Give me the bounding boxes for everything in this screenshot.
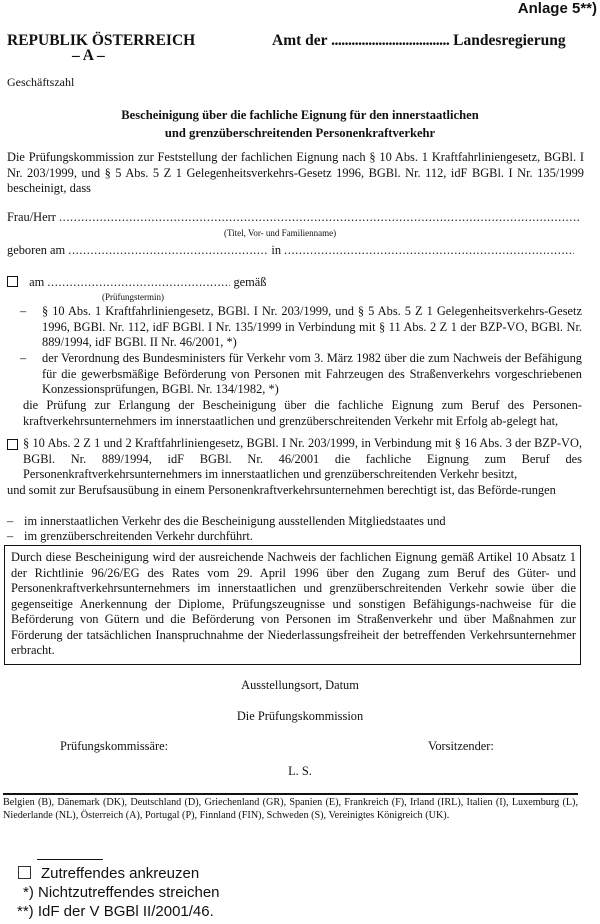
- place-date-label: Ausstellungsort, Datum: [0, 678, 600, 693]
- office-suffix: Landesregierung: [453, 32, 566, 49]
- footnote-checkbox: Zutreffendes ankreuzen: [15, 865, 199, 882]
- birth-row: geboren am .............................…: [7, 243, 587, 258]
- birth-label: geboren am: [7, 243, 65, 257]
- option-2-text: § 10 Abs. 2 Z 1 und 2 Kraftfahrlinienges…: [23, 436, 582, 483]
- exam-date-suffix: gemäß: [233, 275, 266, 289]
- option-1-checkbox[interactable]: [7, 276, 18, 287]
- birth-date-field[interactable]: ........................................…: [68, 243, 268, 258]
- exam-date-label: am: [29, 275, 44, 289]
- notice-box: Durch diese Bescheinigung wird der ausre…: [4, 545, 581, 665]
- checkbox-sample-icon: [18, 866, 31, 879]
- entitlement-bullet-2: im grenzüberschreitenden Verkehr durchfü…: [24, 529, 584, 545]
- name-hint: (Titel, Vor- und Familienname): [224, 228, 336, 238]
- annex-label: Anlage 5**): [518, 0, 597, 17]
- footnote-star-text: Nichtzutreffendes streichen: [38, 884, 220, 901]
- title-line-1: Bescheinigung über die fachliche Eignung…: [0, 106, 600, 124]
- file-number-label: Geschäftszahl: [7, 75, 74, 90]
- footnote-star: *) Nichtzutreffendes streichen: [23, 884, 220, 901]
- name-label: Frau/Herr: [7, 210, 56, 224]
- bullet-dash: –: [7, 514, 13, 529]
- footnote-star-marker: *): [23, 884, 34, 901]
- document-title: Bescheinigung über die fachliche Eignung…: [0, 106, 600, 142]
- office-heading: Amt der ................................…: [272, 32, 566, 50]
- birthplace-label: in: [271, 243, 281, 257]
- exam-date-hint: (Prüfungstermin): [102, 292, 164, 302]
- footnote-double-star-marker: **): [17, 903, 34, 920]
- separator-line: [3, 793, 578, 795]
- option-1-bullet-2: der Verordnung des Bundesministers für V…: [42, 351, 582, 398]
- office-prefix: Amt der: [272, 32, 327, 49]
- exam-date-row: am .....................................…: [7, 275, 407, 290]
- option-1-conclusion: die Prüfung zur Erlangung der Bescheinig…: [23, 398, 582, 429]
- option-1-bullet-1: § 10 Abs. 1 Kraftfahrliniengesetz, BGBl.…: [42, 304, 582, 351]
- footnote-double-star: **) IdF der V BGBl II/2001/46.: [17, 903, 214, 920]
- bullet-dash: –: [20, 304, 26, 319]
- member-states-list: Belgien (B), Dänemark (DK), Deutschland …: [3, 796, 578, 822]
- bullet-dash: –: [20, 351, 26, 366]
- exam-date-field[interactable]: ........................................…: [47, 275, 230, 290]
- chair-label: Vorsitzender:: [428, 739, 494, 754]
- commission-label: Die Prüfungskommission: [0, 709, 600, 724]
- entitlement-bullet-1: im innerstaatlichen Verkehr des die Besc…: [24, 514, 584, 530]
- office-blank-field[interactable]: ...................................: [331, 32, 449, 49]
- footnote-checkbox-text: Zutreffendes ankreuzen: [41, 865, 199, 882]
- footnote-double-star-text: IdF der V BGBl II/2001/46.: [38, 903, 214, 920]
- name-field[interactable]: ........................................…: [59, 210, 579, 225]
- country-code: – A –: [72, 47, 105, 65]
- bullet-dash: –: [7, 529, 13, 544]
- entitlement-text: und somit zur Berufsausübung in einem Pe…: [7, 483, 582, 499]
- intro-paragraph: Die Prüfungskommission zur Feststellung …: [7, 150, 584, 197]
- option-2-checkbox[interactable]: [7, 439, 18, 450]
- examiners-label: Prüfungskommissäre:: [60, 739, 168, 754]
- birthplace-field[interactable]: ........................................…: [284, 243, 574, 258]
- name-row: Frau/Herr ..............................…: [7, 210, 587, 225]
- seal-label: L. S.: [0, 764, 600, 779]
- title-line-2: und grenzüberschreitenden Personenkraftv…: [0, 124, 600, 142]
- footnote-rule: [37, 859, 103, 860]
